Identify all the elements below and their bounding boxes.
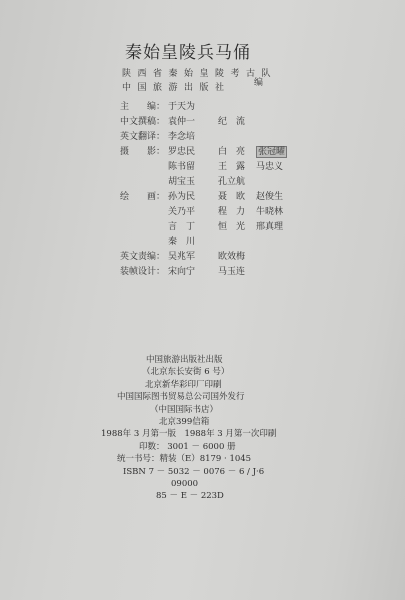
credit-row: 摄 影：罗忠民白 亮张冠曜: [120, 145, 294, 160]
publication-text: 统一书号：精装（E）8179 · 1045: [117, 453, 251, 465]
publication-line: 中国旅游出版社出版: [0, 354, 405, 366]
credit-row: 秦 川: [120, 235, 294, 250]
publication-text: 85 － E － 223D: [156, 490, 224, 502]
publication-line: 印数： 3001 － 6000 册: [0, 441, 405, 453]
credit-name: 程 力: [218, 205, 256, 220]
credit-name: 恒 光: [218, 220, 256, 235]
publication-text: 09000: [171, 478, 198, 490]
credit-row: 言 丁恒 光邢真理: [120, 220, 294, 235]
publication-line: （北京东长安街 6 号）: [0, 366, 405, 378]
publication-line: 1988年 3 月第一版 1988年 3 月第一次印刷: [0, 428, 405, 440]
credit-role: 中文撰稿：: [120, 115, 168, 130]
credit-name: 宋向宁: [168, 265, 218, 280]
publication-text: 印数： 3001 － 6000 册: [139, 441, 236, 453]
credit-name: 赵俊生: [256, 190, 294, 205]
credit-name: 李念培: [168, 130, 218, 145]
credit-name: 白 亮: [218, 145, 256, 160]
publication-line: 中国国际图书贸易总公司国外发行: [0, 391, 405, 403]
credit-role: [120, 205, 168, 220]
credit-role: [120, 160, 168, 175]
credit-name: 孔立航: [218, 175, 256, 190]
publication-text: （中国国际书店）: [150, 404, 218, 416]
editor-suffix: 编: [254, 75, 263, 88]
credit-name: 袁仲一: [168, 115, 218, 130]
publication-line: 北京399信箱: [0, 416, 405, 428]
credit-row: 英文责编：吴兆军欧效梅: [120, 250, 294, 265]
credit-name: 吴兆军: [168, 250, 218, 265]
credit-name: 纪 流: [218, 115, 256, 130]
credit-name: 牛晓林: [256, 205, 294, 220]
book-title: 秦始皇陵兵马俑: [125, 38, 251, 63]
credit-role: 英文责编：: [120, 250, 168, 265]
publication-line: 北京新华彩印厂印刷: [0, 379, 405, 391]
credits-block: 主 编：于天为中文撰稿：袁仲一纪 流英文翻译：李念培摄 影：罗忠民白 亮张冠曜 …: [120, 100, 294, 280]
credit-name: 马忠义: [256, 160, 294, 175]
publication-text: 中国旅游出版社出版: [146, 354, 223, 366]
credit-name: 欧效梅: [218, 250, 256, 265]
credit-name: 关乃平: [168, 205, 218, 220]
credit-row: 装帧设计：宋向宁马玉连: [120, 265, 294, 280]
credit-name: 孙为民: [168, 190, 218, 205]
credit-row: 绘 画：孙为民聂 欧赵俊生: [120, 190, 294, 205]
credit-name: 胡宝玉: [168, 175, 218, 190]
credit-name: 罗忠民: [168, 145, 218, 160]
publication-text: ISBN 7 － 5032 － 0076 － 6 / J·6: [123, 466, 264, 478]
publication-text: 北京399信箱: [159, 416, 209, 428]
credit-name: 王 露: [218, 160, 256, 175]
credit-name: 于天为: [168, 100, 218, 115]
credit-row: 英文翻译：李念培: [120, 130, 294, 145]
credit-name: 聂 欧: [218, 190, 256, 205]
credit-row: 主 编：于天为: [120, 100, 294, 115]
credit-name: 言 丁: [168, 220, 218, 235]
credit-role: 摄 影：: [120, 145, 168, 160]
credit-name: 张冠曜: [256, 145, 294, 160]
publication-line: （中国国际书店）: [0, 404, 405, 416]
credit-role: 绘 画：: [120, 190, 168, 205]
credit-role: 主 编：: [120, 100, 168, 115]
credit-role: 装帧设计：: [120, 265, 168, 280]
publication-info: 中国旅游出版社出版（北京东长安街 6 号）北京新华彩印厂印刷中国国际图书贸易总公…: [0, 354, 405, 503]
publication-line: ISBN 7 － 5032 － 0076 － 6 / J·6: [0, 466, 405, 478]
credit-role: [120, 220, 168, 235]
credit-name: 秦 川: [168, 235, 218, 250]
highlighted-name: 张冠曜: [256, 146, 287, 158]
credit-row: 关乃平程 力牛晓林: [120, 205, 294, 220]
credit-row: 中文撰稿：袁仲一纪 流: [120, 115, 294, 130]
editors-block: 陕西省秦始皇陵考古队 中国旅游出版社 编: [122, 67, 277, 95]
publication-text: 北京新华彩印厂印刷: [145, 379, 222, 391]
publication-text: 1988年 3 月第一版 1988年 3 月第一次印刷: [101, 428, 276, 440]
credit-role: 英文翻译：: [120, 130, 168, 145]
publication-text: 中国国际图书贸易总公司国外发行: [117, 391, 245, 403]
publication-line: 09000: [0, 478, 405, 490]
credit-name: 马玉连: [218, 265, 256, 280]
credit-row: 陈书留王 露马忠义: [120, 160, 294, 175]
credit-role: [120, 235, 168, 250]
publication-text: （北京东长安街 6 号）: [142, 366, 229, 378]
publication-line: 统一书号：精装（E）8179 · 1045: [0, 453, 405, 465]
credit-name: 陈书留: [168, 160, 218, 175]
credit-role: [120, 175, 168, 190]
credit-name: 邢真理: [256, 220, 294, 235]
publication-line: 85 － E － 223D: [0, 490, 405, 502]
credit-row: 胡宝玉孔立航: [120, 175, 294, 190]
